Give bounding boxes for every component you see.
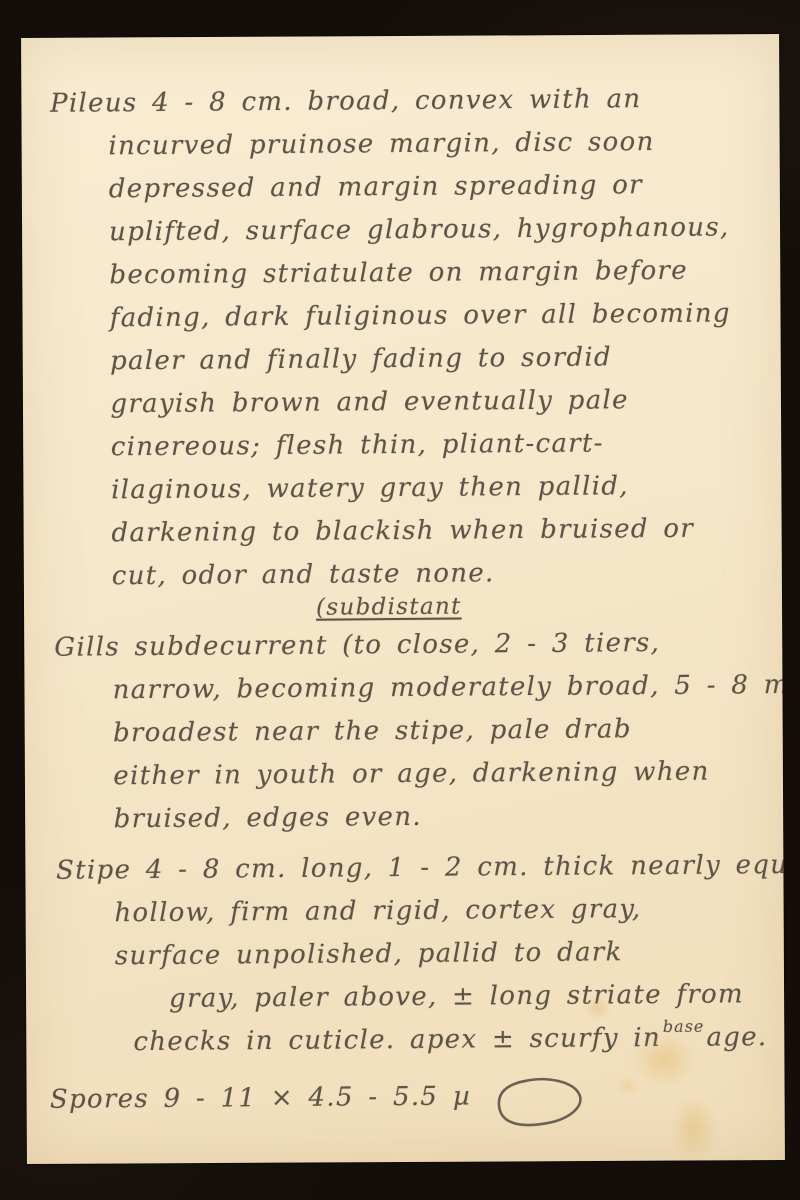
- pileus-line: uplifted, surface glabrous, hygrophanous…: [35, 206, 771, 255]
- pileus-line: incurved pruinose margin, disc soon: [34, 120, 770, 169]
- pileus-line: darkening to blackish when bruised or: [37, 507, 773, 556]
- gills-line: Gills subdecurrent (to close, 2 - 3 tier…: [38, 621, 774, 670]
- gills-line: broadest near the stipe, pale drab: [39, 707, 775, 756]
- stipe-line: hollow, firm and rigid, cortex gray,: [40, 887, 776, 936]
- gills-line: either in youth or age, darkening when: [39, 750, 775, 799]
- spore-sketch: [487, 1069, 591, 1135]
- stipe-line: surface unpolished, pallid to dark: [41, 930, 777, 979]
- pileus-line: Pileus 4 - 8 cm. broad, convex with an: [34, 77, 770, 126]
- stipe-text: checks in cuticle. apex ± scurfy in: [133, 1023, 661, 1057]
- pileus-line: ilaginous, watery gray then pallid,: [37, 464, 773, 513]
- note-card: Pileus 4 - 8 cm. broad, convex with an i…: [21, 34, 785, 1164]
- insertion-word: (subdistant: [316, 594, 462, 621]
- pileus-line: becoming striatulate on margin before: [35, 249, 771, 298]
- stipe-line: Stipe 4 - 8 cm. long, 1 - 2 cm. thick ne…: [40, 844, 776, 893]
- photo-background: Pileus 4 - 8 cm. broad, convex with an i…: [0, 0, 800, 1200]
- pileus-line: depressed and margin spreading or: [35, 163, 771, 212]
- gills-line: bruised, edges even.: [40, 793, 776, 842]
- pileus-line: grayish brown and eventually pale: [36, 378, 772, 427]
- spores-text: Spores 9 - 11 × 4.5 - 5.5 µ: [50, 1075, 471, 1121]
- superscript-insertion: base: [663, 1005, 705, 1048]
- stipe-text: age.: [706, 1022, 767, 1052]
- handwritten-text: Pileus 4 - 8 cm. broad, convex with an i…: [34, 77, 778, 1129]
- pileus-line: fading, dark fuliginous over all becomin…: [36, 292, 772, 341]
- pileus-line: cinereous; flesh thin, pliant-cart-: [37, 421, 773, 470]
- stipe-line-last: checks in cuticle. apex ± scurfy inbasea…: [41, 1016, 777, 1067]
- spores-line: Spores 9 - 11 × 4.5 - 5.5 µ: [42, 1065, 778, 1129]
- pileus-line: paler and finally fading to sordid: [36, 335, 772, 384]
- gills-line: narrow, becoming moderately broad, 5 - 8…: [39, 664, 775, 713]
